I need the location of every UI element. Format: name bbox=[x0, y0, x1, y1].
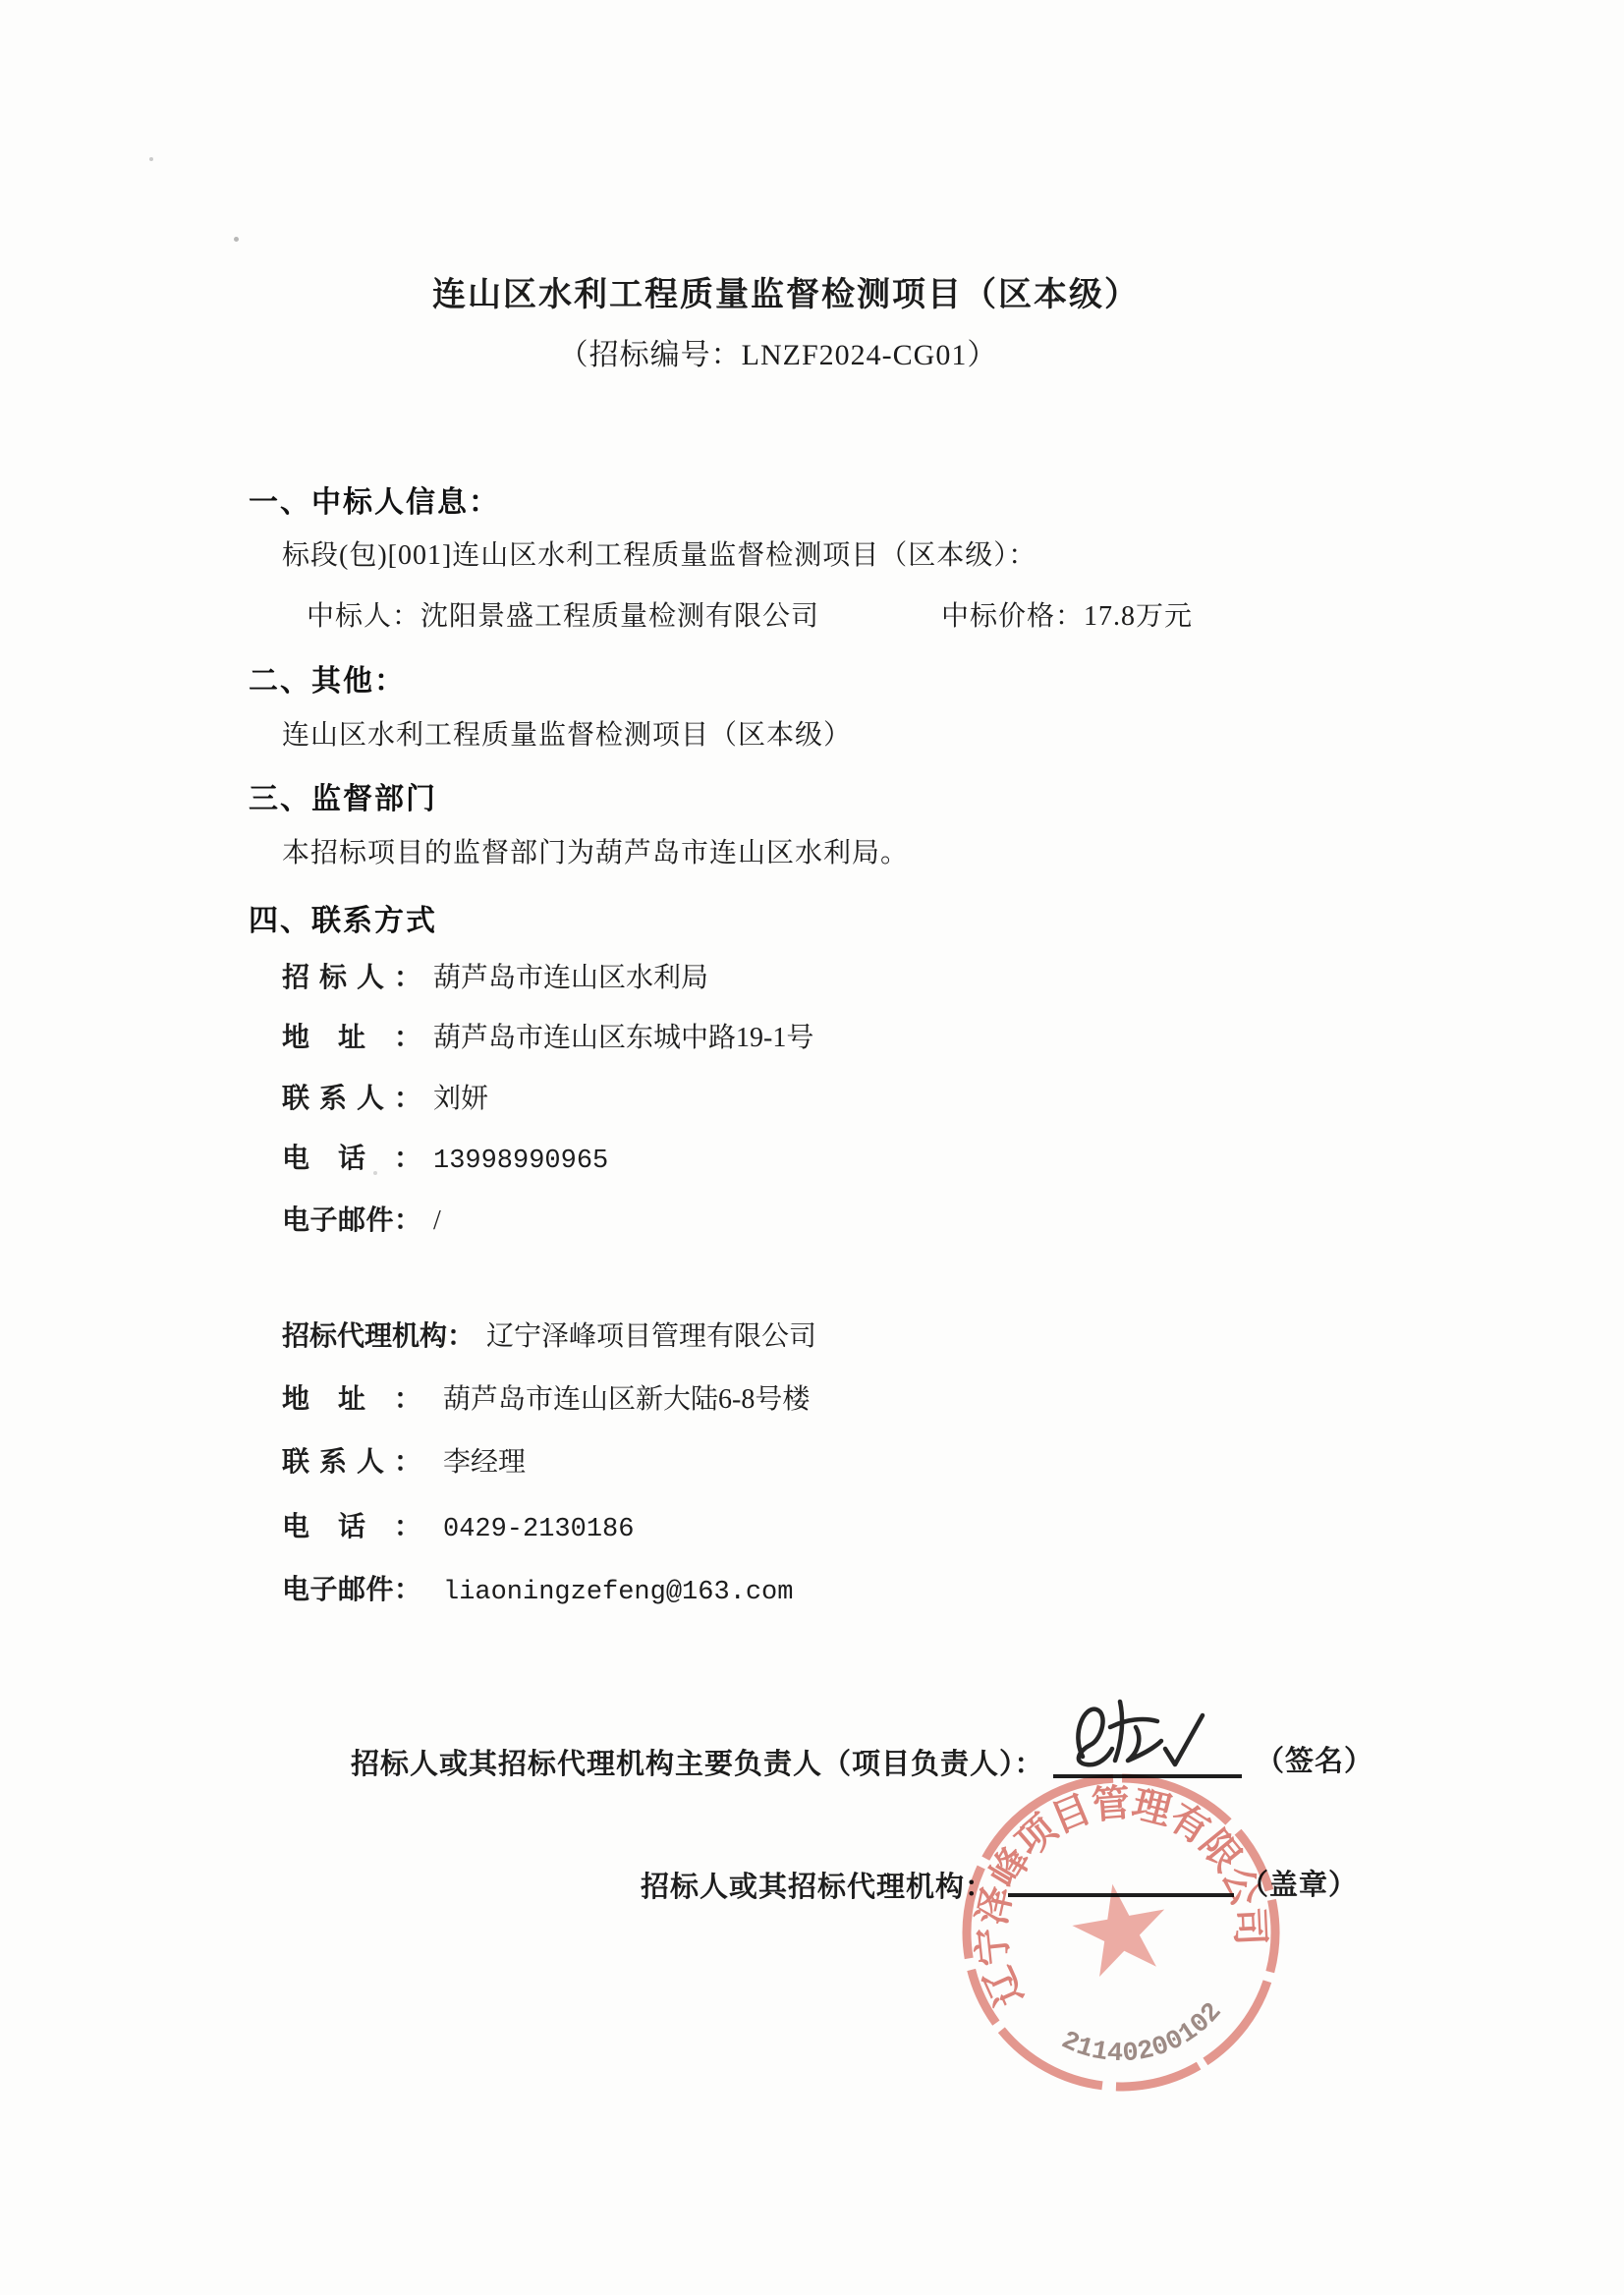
agency-phone-value: 0429-2130186 bbox=[443, 1515, 634, 1544]
agency-value: 辽宁泽峰项目管理有限公司 bbox=[486, 1321, 816, 1352]
section2-body: 连山区水利工程质量监督检测项目（区本级） bbox=[282, 713, 852, 753]
section3-heading: 三、监督部门 bbox=[249, 774, 437, 817]
winner-name: 沈阳景盛工程质量检测有限公司 bbox=[420, 601, 819, 632]
agency-row: 电子邮件：liaoningzefeng@163.com bbox=[282, 1568, 793, 1607]
tenderer-row: 招标人：葫芦岛市连山区水利局 bbox=[282, 956, 708, 995]
agency-address-value: 葫芦岛市连山区新大陆6-8号楼 bbox=[443, 1384, 810, 1415]
section2-heading: 二、其他： bbox=[249, 656, 406, 700]
phone-label: 电话： bbox=[282, 1137, 421, 1176]
tender-number-subtitle: （招标编号：LNZF2024-CG01） bbox=[559, 330, 998, 373]
price-value: 17.8万元 bbox=[1084, 601, 1193, 632]
contact-value: 刘妍 bbox=[433, 1084, 488, 1114]
tenderer-value: 葫芦岛市连山区水利局 bbox=[433, 963, 708, 993]
document-title: 连山区水利工程质量监督检测项目（区本级） bbox=[432, 267, 1140, 315]
winner-label: 中标人： bbox=[307, 601, 420, 632]
address-value: 葫芦岛市连山区东城中路19-1号 bbox=[433, 1023, 813, 1053]
agency-row: 招标代理机构：辽宁泽峰项目管理有限公司 bbox=[282, 1315, 816, 1354]
section3-body: 本招标项目的监督部门为葫芦岛市连山区水利局。 bbox=[282, 831, 909, 870]
stamp-star bbox=[1066, 1875, 1173, 1980]
agency-contact-value: 李经理 bbox=[443, 1447, 526, 1478]
phone-value: 13998990965 bbox=[433, 1147, 608, 1176]
tenderer-label: 招标人： bbox=[282, 956, 421, 995]
agency-email-label: 电子邮件： bbox=[282, 1568, 421, 1607]
agency-row: 电话：0429-2130186 bbox=[282, 1505, 634, 1544]
address-label: 地址： bbox=[282, 1016, 421, 1055]
price-label: 中标价格： bbox=[941, 601, 1084, 632]
scanned-tender-result-document: 连山区水利工程质量监督检测项目（区本级） （招标编号：LNZF2024-CG01… bbox=[0, 0, 1624, 2295]
scan-speck bbox=[234, 237, 239, 242]
price-line: 中标价格：17.8万元 bbox=[941, 594, 1193, 634]
section4-heading: 四、联系方式 bbox=[249, 896, 437, 939]
section1-heading: 一、中标人信息： bbox=[249, 477, 500, 521]
agency-address-label: 地址： bbox=[282, 1377, 421, 1417]
lot-line: 标段(包)[001]连山区水利工程质量监督检测项目（区本级）： bbox=[282, 533, 1036, 573]
scan-speck bbox=[149, 157, 153, 161]
winner-line: 中标人：沈阳景盛工程质量检测有限公司 bbox=[307, 594, 819, 634]
agency-row: 地址：葫芦岛市连山区新大陆6-8号楼 bbox=[282, 1377, 810, 1417]
tenderer-row: 电话：13998990965 bbox=[282, 1137, 608, 1176]
tenderer-row: 地址：葫芦岛市连山区东城中路19-1号 bbox=[282, 1016, 813, 1055]
email-value: / bbox=[433, 1205, 441, 1236]
handwritten-signature bbox=[1061, 1692, 1258, 1790]
agency-label: 招标代理机构： bbox=[282, 1315, 475, 1354]
email-label: 电子邮件： bbox=[282, 1199, 421, 1238]
tenderer-row: 联系人：刘妍 bbox=[282, 1077, 488, 1116]
tenderer-row: 电子邮件：/ bbox=[282, 1199, 441, 1238]
contact-label: 联系人： bbox=[282, 1077, 421, 1116]
agency-phone-label: 电话： bbox=[282, 1505, 421, 1544]
agency-contact-label: 联系人： bbox=[282, 1440, 421, 1480]
agency-row: 联系人：李经理 bbox=[282, 1440, 526, 1480]
agency-email-value: liaoningzefeng@163.com bbox=[443, 1578, 793, 1607]
